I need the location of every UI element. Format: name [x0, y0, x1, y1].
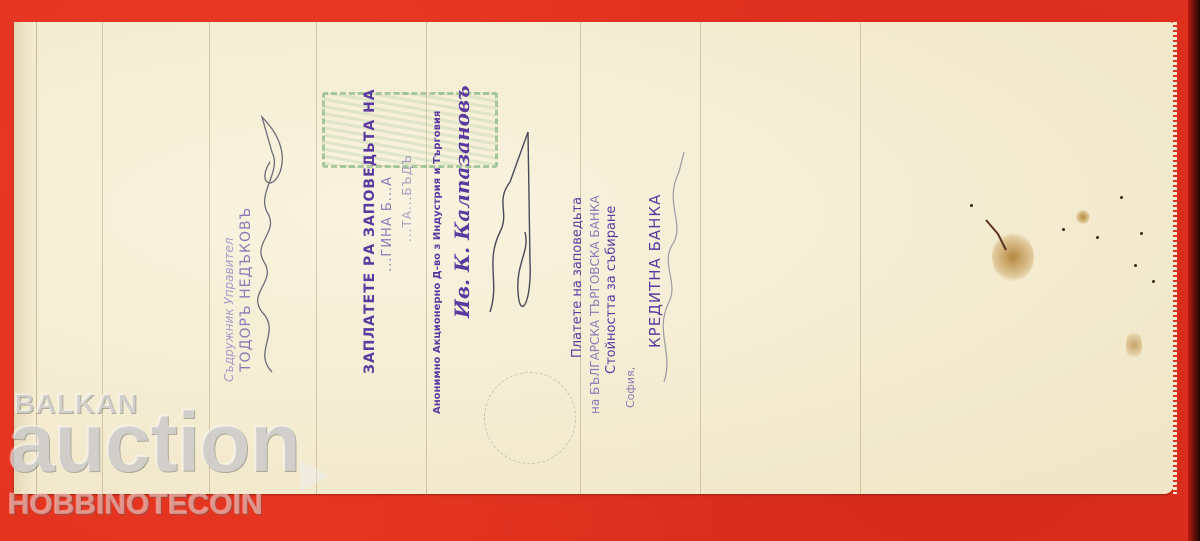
stain	[1076, 210, 1090, 224]
speck	[1096, 236, 1099, 239]
torn-left-edge	[14, 22, 37, 494]
speck	[1140, 232, 1143, 235]
speck	[1120, 196, 1123, 199]
signature-icon	[480, 112, 540, 332]
stain	[1126, 330, 1142, 360]
perforated-edge	[1173, 22, 1177, 494]
endorsement-3-name: Ив. К. Калпазановъ	[450, 85, 474, 318]
signature-icon	[242, 112, 292, 382]
endorsement-3-company: Анонимно Акционерно Д-во з Индустрия и Т…	[432, 111, 443, 414]
endorsement-4-line1: Платете на заповедьта	[570, 197, 585, 358]
speck	[970, 204, 973, 207]
speck	[1152, 280, 1155, 283]
signature-icon	[644, 142, 694, 392]
endorsement-1-title: Съдружник Управител	[222, 238, 236, 382]
endorsement-4-city: София,	[624, 367, 637, 408]
endorsement-4-line2: на БЪЛГАРСКА ТЪРГОВСКА БАНКА	[588, 195, 602, 414]
fold-line	[860, 22, 861, 494]
fold-line	[102, 22, 103, 494]
speck	[1134, 264, 1137, 267]
watermark-arrow-icon	[300, 460, 328, 492]
fold-line	[316, 22, 317, 494]
fold-line	[209, 22, 210, 494]
endorsement-2-line2: ...ГИНА Б...А	[380, 176, 395, 272]
crease-mark-icon	[982, 216, 1022, 266]
bill-of-exchange: Съдружник Управител ТОДОРЪ НЕДЪКОВЪ ЗАПЛ…	[14, 22, 1174, 494]
fold-line	[700, 22, 701, 494]
endorsement-4-line3: Стойността за събиране	[604, 206, 619, 374]
endorsement-2-line3: ...ТА...БЪДЪ	[400, 154, 414, 242]
endorsement-2-line1: ЗАПЛАТЕТЕ РА ЗАПОВЕДЬТА НА	[362, 88, 378, 374]
faint-round-stamp	[484, 372, 576, 464]
background-edge	[1188, 0, 1200, 541]
speck	[1062, 228, 1065, 231]
